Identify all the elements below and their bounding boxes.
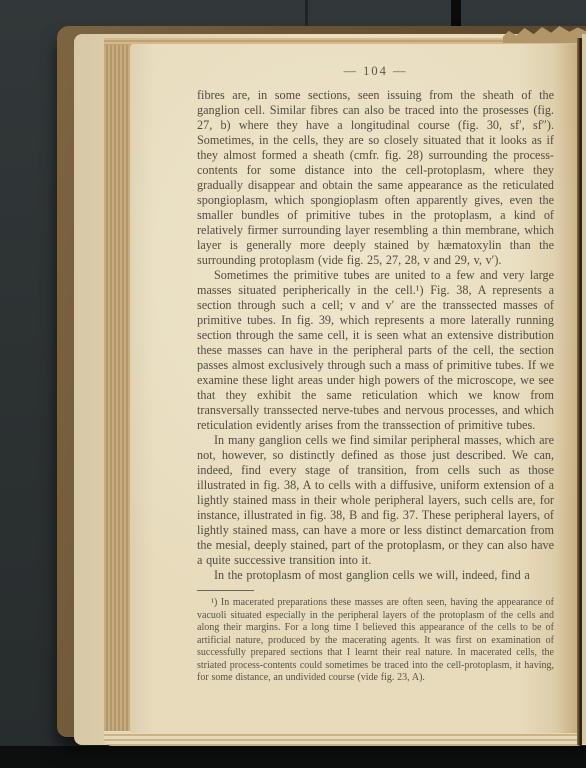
page-stack-fore-edge: [104, 38, 131, 742]
paragraph-2: Sometimes the primitive tubes are united…: [197, 268, 554, 433]
paragraph-1: fibres are, in some sections, seen issui…: [197, 88, 554, 268]
page-number: — 104 —: [197, 64, 554, 79]
floor-shadow: [0, 746, 586, 768]
facing-page-edge: [582, 34, 586, 744]
page-content: — 104 — fibres are, in some sections, se…: [197, 44, 554, 685]
photo-background: — 104 — fibres are, in some sections, se…: [0, 0, 586, 768]
footnote: ¹) In macerated preparations these masse…: [197, 597, 554, 685]
paragraph-4: In the protoplasm of most ganglion cells…: [197, 568, 554, 583]
paragraph-3: In many ganglion cells we find similar p…: [197, 433, 554, 568]
book-page: — 104 — fibres are, in some sections, se…: [130, 44, 577, 733]
page-stack-bottom-edge: [104, 731, 586, 746]
footnote-rule: [197, 590, 254, 591]
